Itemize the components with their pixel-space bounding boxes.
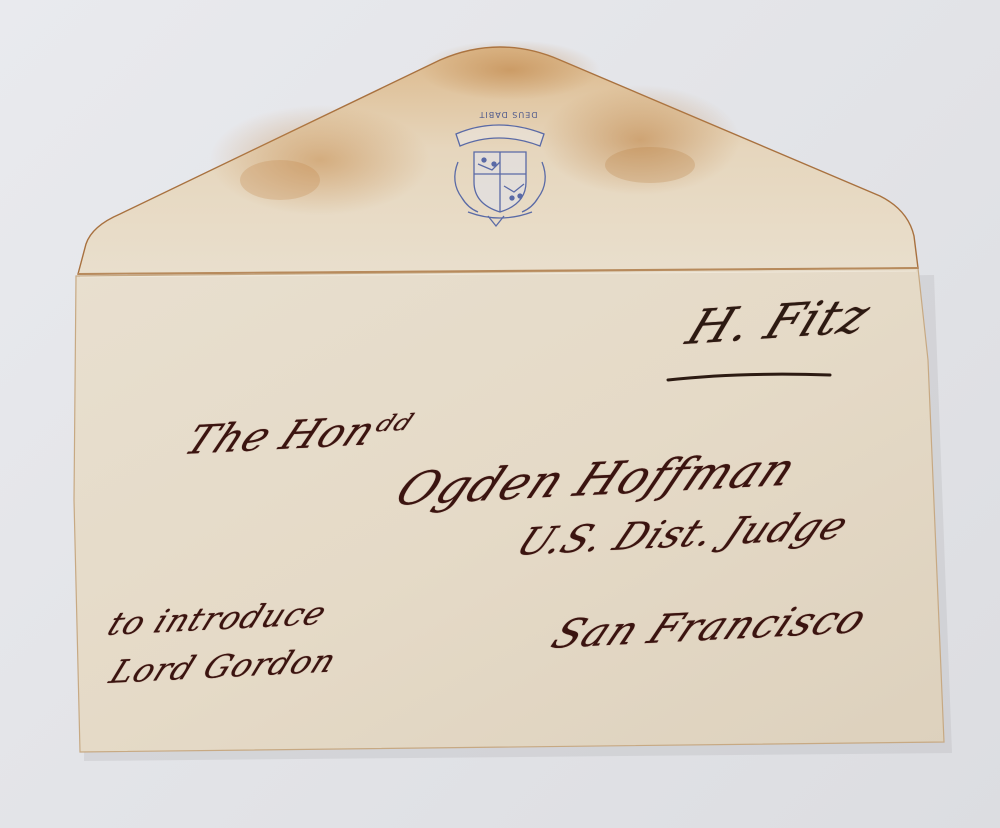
envelope-photo: DEUS DABIT H. Fitz The Honᵈᵈ Ogden Hoffm… (0, 0, 1000, 828)
crest-motto: DEUS DABIT (478, 110, 538, 119)
envelope-graphic (0, 0, 1000, 828)
